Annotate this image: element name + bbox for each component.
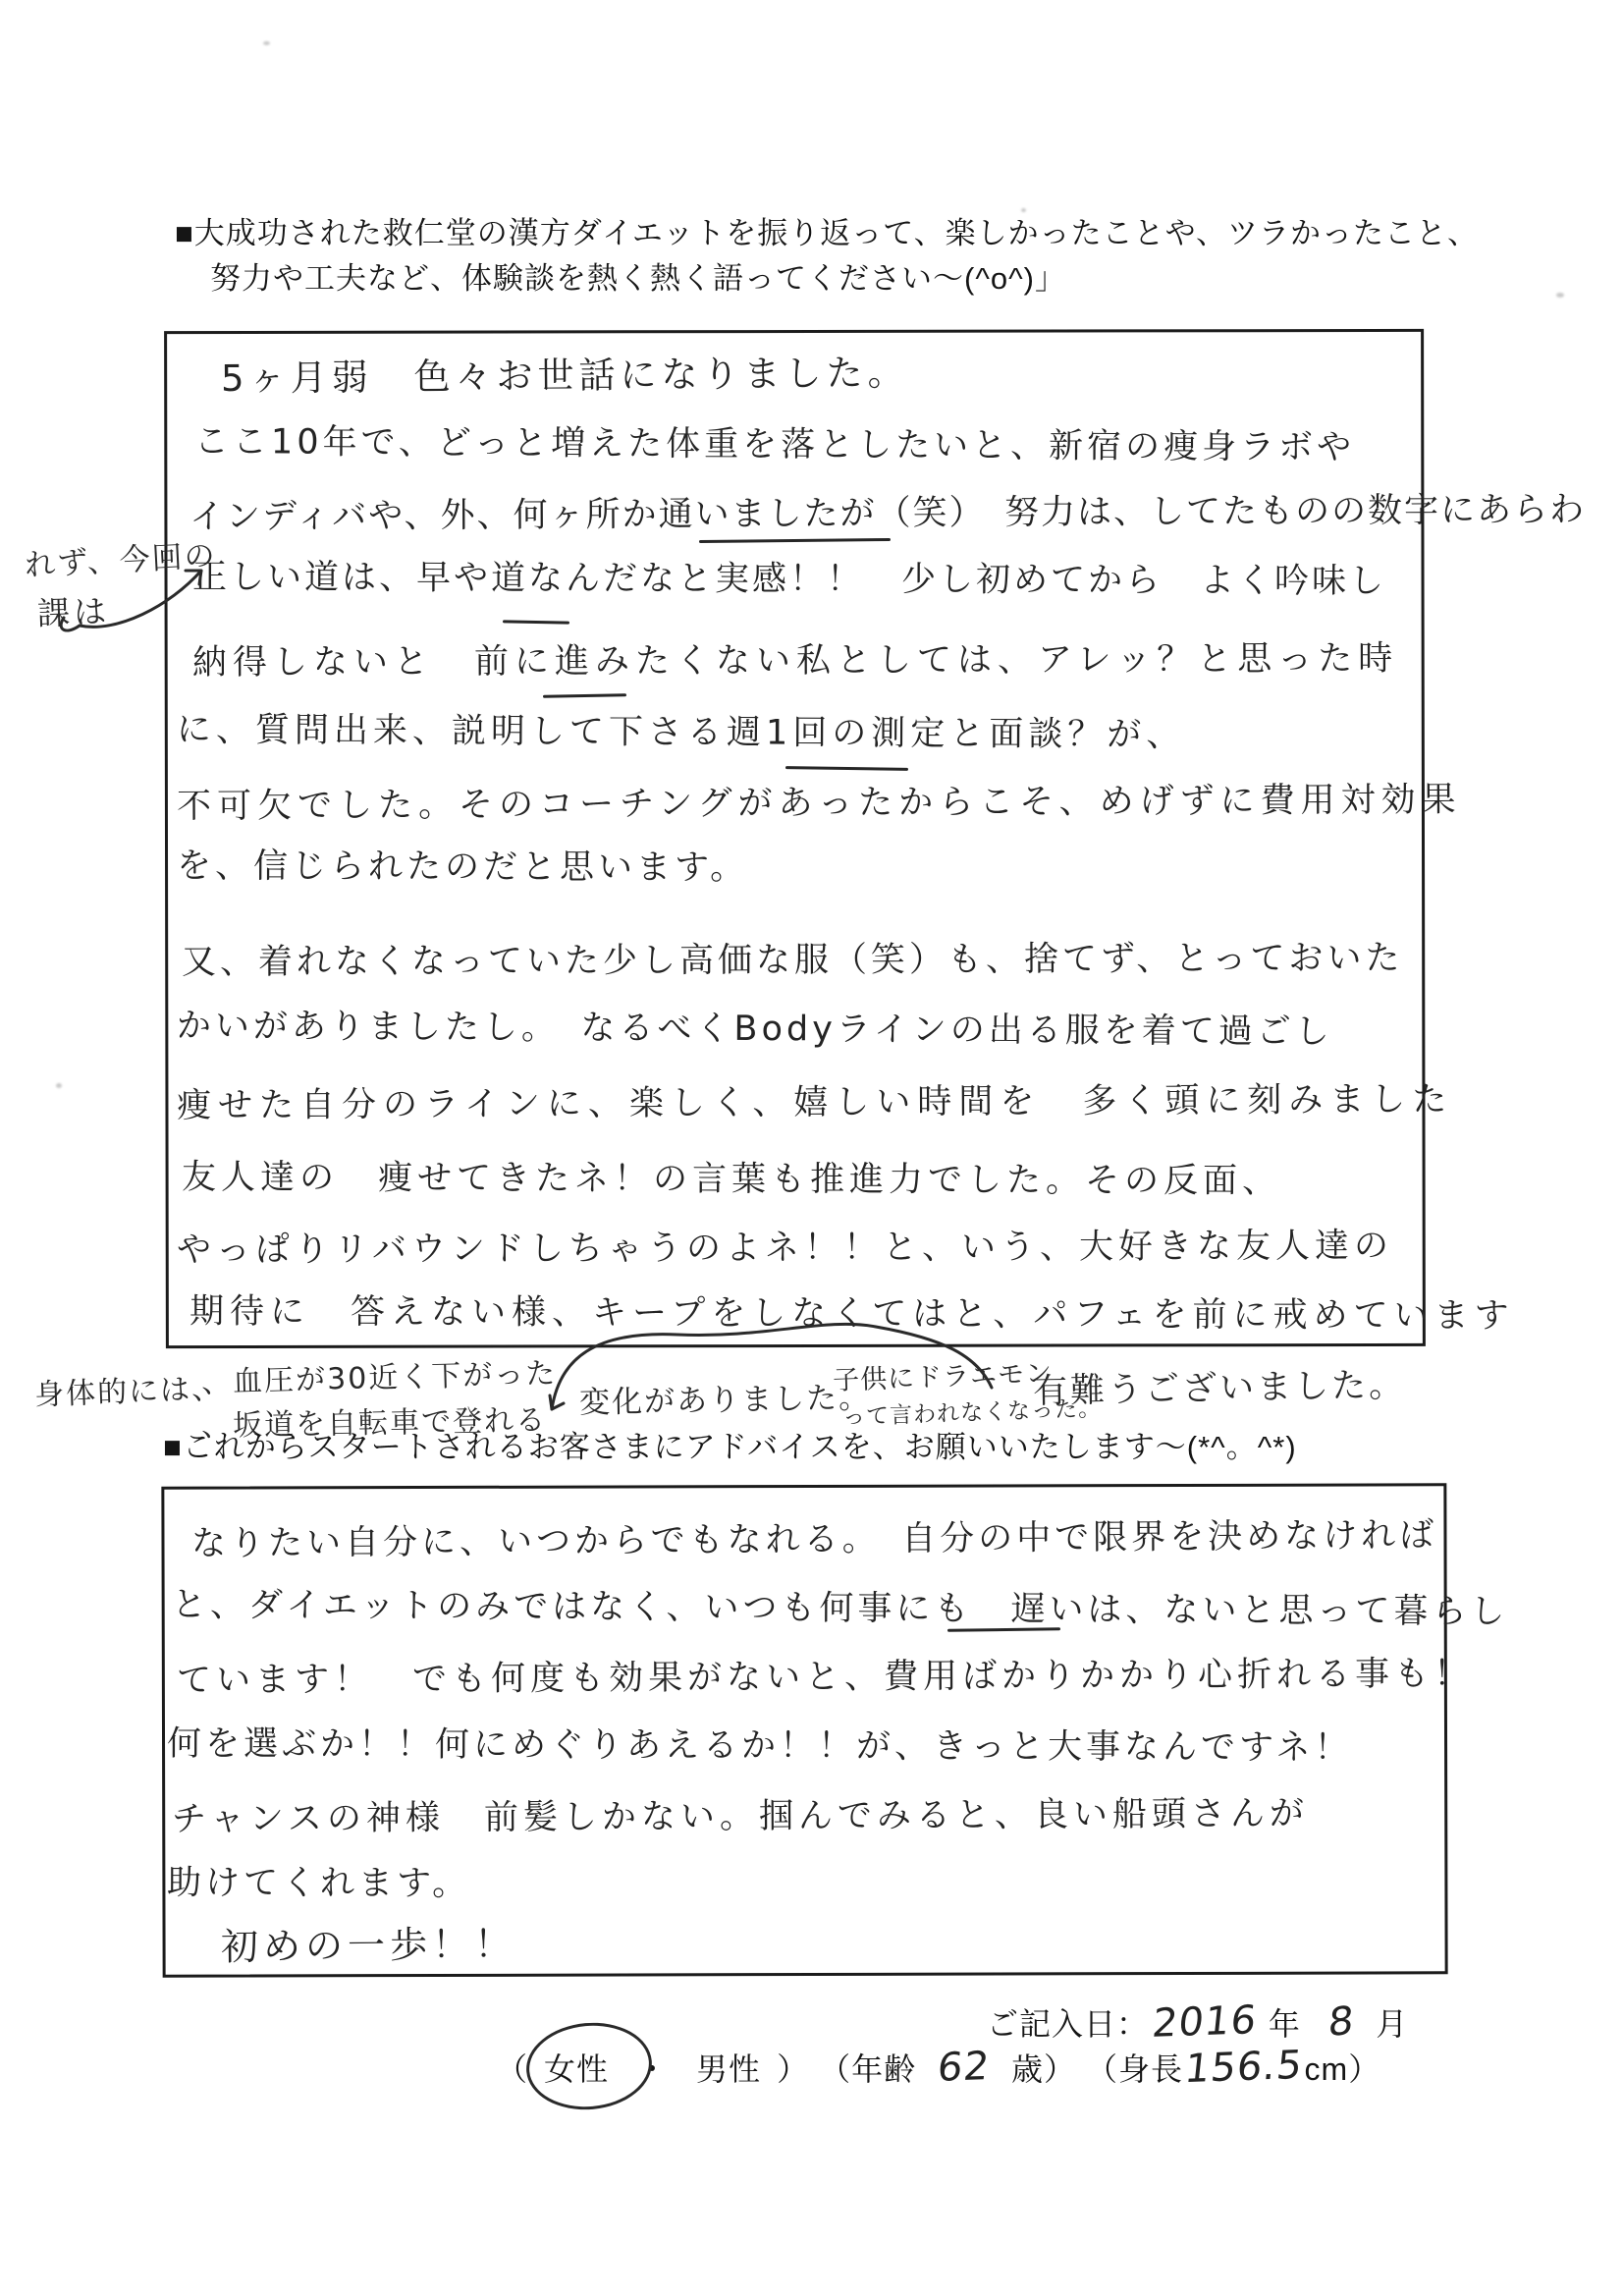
age-value-handwritten: 62 <box>936 2044 993 2091</box>
body-note-item1: 、血圧が30近く下がった <box>200 1348 557 1400</box>
handwritten-line: かいがありましたし。 なるべくBodyラインの出る服を着て過ごし <box>177 999 1333 1054</box>
date-month-handwritten: 8 <box>1326 1998 1356 2047</box>
handwritten-line: 5ヶ月弱 色々お世話になりました。 <box>221 343 909 402</box>
handwritten-line: を、信じられたのだと思います。 <box>177 839 748 890</box>
body-note-thanks: 有難うございました。 <box>1033 1358 1407 1414</box>
handwritten-line: 友人達の 痩せてきたネ！の言葉も推進力でした。その反面、 <box>182 1150 1281 1203</box>
handwritten-line: 又、着れなくなっていた少し高価な服（笑）も、捨てず、とっておいた <box>182 931 1404 984</box>
height-value-handwritten: 156.5 <box>1182 2043 1305 2092</box>
question1-line1: ■大成功された救仁堂の漢方ダイエットを振り返って、楽しかったことや、ツラかったこ… <box>175 208 1479 252</box>
handwritten-line: 助けてくれます。 <box>167 1855 470 1905</box>
question2: ■これからスタートされるお客さまにアドバイスを、お願いいたします～(*^。^*) <box>163 1422 1297 1466</box>
handwritten-line: やっぱりリバウンドしちゃうのよネ！！と、いう、大好きな友人達の <box>177 1219 1393 1272</box>
scan-speck <box>263 41 270 45</box>
handwritten-line: チャンスの神様 前髪しかない。掴んでみると、良い船頭さんが <box>172 1786 1309 1841</box>
scanned-questionnaire-page: ■大成功された救仁堂の漢方ダイエットを振り返って、楽しかったことや、ツラかったこ… <box>0 0 1623 2296</box>
handwritten-line: 初めの一歩！！ <box>221 1913 517 1970</box>
handwritten-line: なりたい自分に、いつからでもなれる。 自分の中で限界を決めなければ <box>191 1508 1437 1566</box>
gender-male: 男性 <box>696 2051 761 2087</box>
date-year-handwritten: 2016 <box>1150 1997 1259 2047</box>
question1-line2: 努力や工夫など、体験談を熱く熱く語ってください～(^o^)」 <box>210 253 1066 298</box>
height-unit: cm） <box>1305 2051 1381 2087</box>
handwritten-line: 何を選ぶか！！何にめぐりあえるか！！が、きっと大事なんですネ！ <box>167 1717 1353 1770</box>
handwritten-line: と、ダイエットのみではなく、いつも何事にも 遅いは、ないと思って暮らし <box>172 1577 1509 1633</box>
month-unit: 月 <box>1376 2006 1408 2042</box>
handwritten-line: 正しい道は、早や道なんだなと実感！！ 少し初めてから よく吟味し <box>192 550 1386 603</box>
date-label: ご記入日： <box>987 2006 1149 2042</box>
year-unit: 年 <box>1269 2006 1301 2042</box>
margin-arrow-icon <box>54 555 221 648</box>
age-label: （年齢 <box>835 2051 916 2087</box>
handwritten-line: に、質問出来、説明して下さる週1回の測定と面談？が、 <box>177 702 1186 756</box>
handwritten-line: 痩せた自分のラインに、楽しく、嬉しい時間を 多く頭に刻みました <box>177 1072 1454 1128</box>
body-note-sub1: 子供にドラエモン <box>832 1351 1053 1397</box>
handwritten-line: 不可欠でした。そのコーチングがあったからこそ、めげずに費用対効果 <box>177 773 1462 829</box>
body-note-intro: 身体的には、 <box>33 1364 223 1414</box>
body-note-result: 変化がありました。 <box>579 1372 872 1421</box>
gender-paren-close: ） <box>777 2051 809 2087</box>
height-label: （身長 <box>1102 2051 1183 2087</box>
handwritten-line: インディバや、外、何ヶ所か通いましたが（笑） 努力は、してたものの数字にあらわ <box>189 482 1586 538</box>
date-row: ご記入日：2016年8月 <box>987 1999 1408 2045</box>
handwritten-line: 納得しないと 前に進みたくない私としては、アレッ？と思った時 <box>192 631 1398 684</box>
scan-speck <box>56 1083 62 1088</box>
handwritten-line: ここ10年で、どっと増えた体重を落としたいと、新宿の痩身ラボや <box>194 414 1355 469</box>
age-unit: 歳） <box>1011 2051 1076 2087</box>
handwritten-line: ています！ でも何度も効果がないと、費用ばかりかかり心折れる事も！ <box>177 1647 1473 1703</box>
scan-speck <box>1556 293 1564 298</box>
gender-paren-open: （ <box>496 2051 528 2087</box>
female-selection-circle <box>522 2018 655 2115</box>
